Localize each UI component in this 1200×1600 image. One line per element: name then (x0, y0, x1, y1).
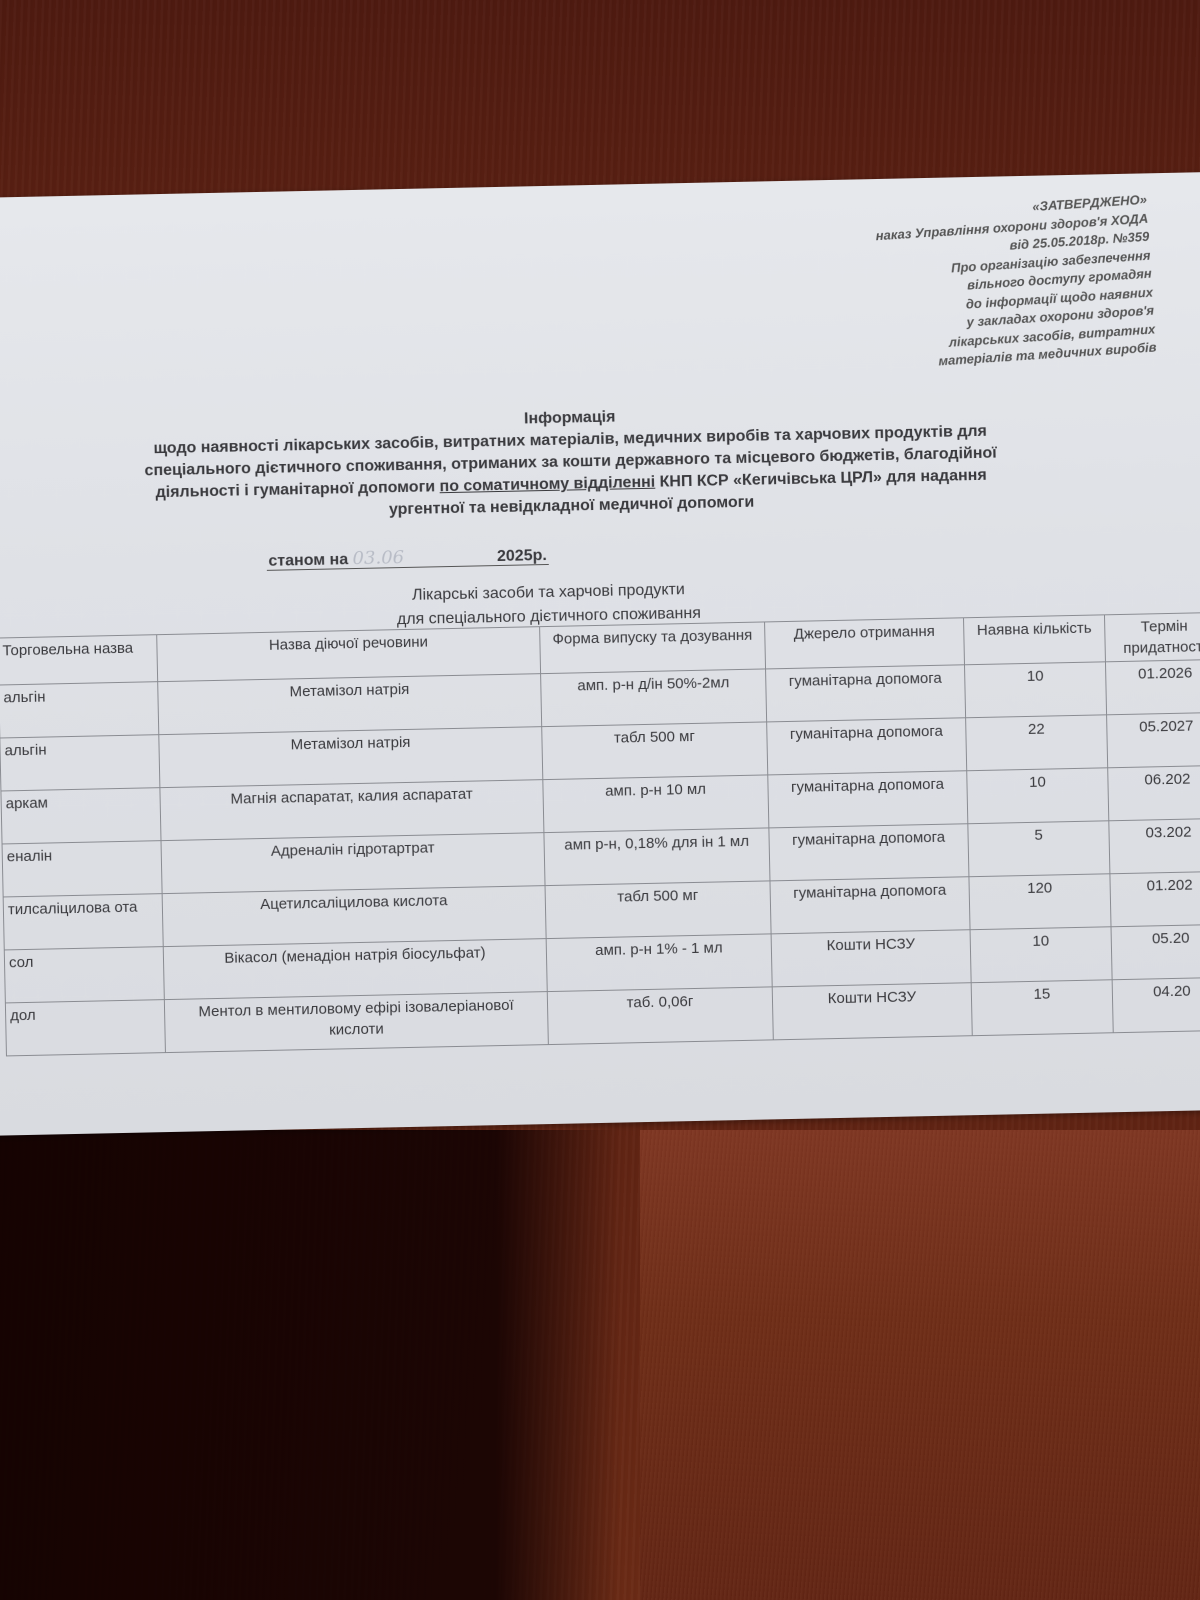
cell-active-substance: Вікасол (менадіон натрія біосульфат) (163, 939, 547, 1000)
medicines-table: Торговельна назва Назва діючої речовини … (0, 612, 1200, 1057)
cell-quantity: 120 (969, 874, 1111, 930)
cell-form-dosage: табл 500 мг (545, 881, 771, 939)
cell-form-dosage: таб. 0,06г (547, 987, 773, 1045)
cell-expiry: 03.202 (1109, 818, 1200, 873)
header-trade-name: Торговельна назва (0, 635, 158, 685)
cell-active-substance: Ацетилсаліцилова кислота (162, 886, 546, 947)
header-source: Джерело отримання (765, 618, 965, 669)
cell-form-dosage: табл 500 мг (542, 722, 768, 780)
cell-active-substance: Адреналін гідротартрат (161, 833, 545, 894)
as-of-year: 2025р. (497, 547, 547, 565)
cell-quantity: 10 (970, 927, 1112, 983)
cell-quantity: 10 (967, 768, 1109, 824)
cell-expiry: 04.20 (1112, 977, 1200, 1032)
approval-block: «ЗАТВЕРДЖЕНО» наказ Управління охорони з… (747, 191, 1157, 383)
cell-active-substance: Магнія аспаратат, калия аспаратат (160, 780, 544, 841)
as-of-date: станом на 03.06 2025р. (0, 538, 818, 576)
cell-trade-name: еналін (2, 841, 162, 897)
header-active-substance: Назва діючої речовини (157, 627, 541, 682)
cell-quantity: 15 (971, 980, 1113, 1036)
cell-expiry: 06.202 (1108, 765, 1200, 820)
department-name: по соматичному відділенні (439, 474, 655, 496)
cell-quantity: 22 (966, 715, 1108, 771)
as-of-label: станом на (268, 551, 348, 570)
cell-trade-name: альгін (0, 735, 160, 791)
cell-source: гуманітарна допомога (769, 824, 969, 881)
cell-form-dosage: амп. р-н 1% - 1 мл (546, 934, 772, 992)
cell-source: гуманітарна допомога (767, 718, 967, 775)
cell-trade-name: сол (4, 947, 164, 1003)
cell-active-substance: Ментол в ментиловому ефірі ізовалеріанов… (164, 992, 548, 1053)
desk-shadow (0, 1130, 620, 1600)
cell-expiry: 05.20 (1111, 924, 1200, 979)
heading-text: КНП КСР «Кегичівська ЦРЛ» для надання (655, 467, 987, 491)
cell-form-dosage: амп р-н, 0,18% для ін 1 мл (544, 828, 770, 886)
handwritten-date: 03.06 (352, 545, 492, 569)
cell-trade-name: дол (5, 1000, 165, 1056)
header-form-dosage: Форма випуску та дозування (540, 622, 766, 674)
heading-text: діяльності і гуманітарної допомоги (155, 478, 439, 501)
cell-source: Кошти НСЗУ (772, 983, 972, 1040)
cell-quantity: 10 (964, 662, 1106, 718)
cell-form-dosage: амп. р-н 10 мл (543, 775, 769, 833)
cell-trade-name: альгін (0, 682, 159, 738)
cell-source: гуманітарна допомога (766, 665, 966, 722)
cell-quantity: 5 (968, 821, 1110, 877)
cell-active-substance: Метамізол натрія (158, 674, 542, 735)
desk-light-area (640, 1130, 1200, 1600)
cell-form-dosage: амп. р-н д/ін 50%-2мл (541, 669, 767, 727)
header-quantity: Наявна кількість (964, 615, 1106, 665)
cell-source: Кошти НСЗУ (771, 930, 971, 987)
cell-expiry: 01.2026 (1105, 659, 1200, 714)
cell-expiry: 01.202 (1110, 871, 1200, 926)
cell-source: гуманітарна допомога (768, 771, 968, 828)
cell-expiry: 05.2027 (1107, 712, 1200, 767)
cell-source: гуманітарна допомога (770, 877, 970, 934)
cell-trade-name: аркам (1, 788, 161, 844)
cell-trade-name: тилсаліцилова ота (3, 894, 163, 950)
header-expiry: Термін придатності (1104, 612, 1200, 661)
cell-active-substance: Метамізол натрія (159, 727, 543, 788)
document-sheet: «ЗАТВЕРДЖЕНО» наказ Управління охорони з… (0, 172, 1200, 1136)
document-heading: Інформація щодо наявності лікарських зас… (0, 395, 1147, 529)
